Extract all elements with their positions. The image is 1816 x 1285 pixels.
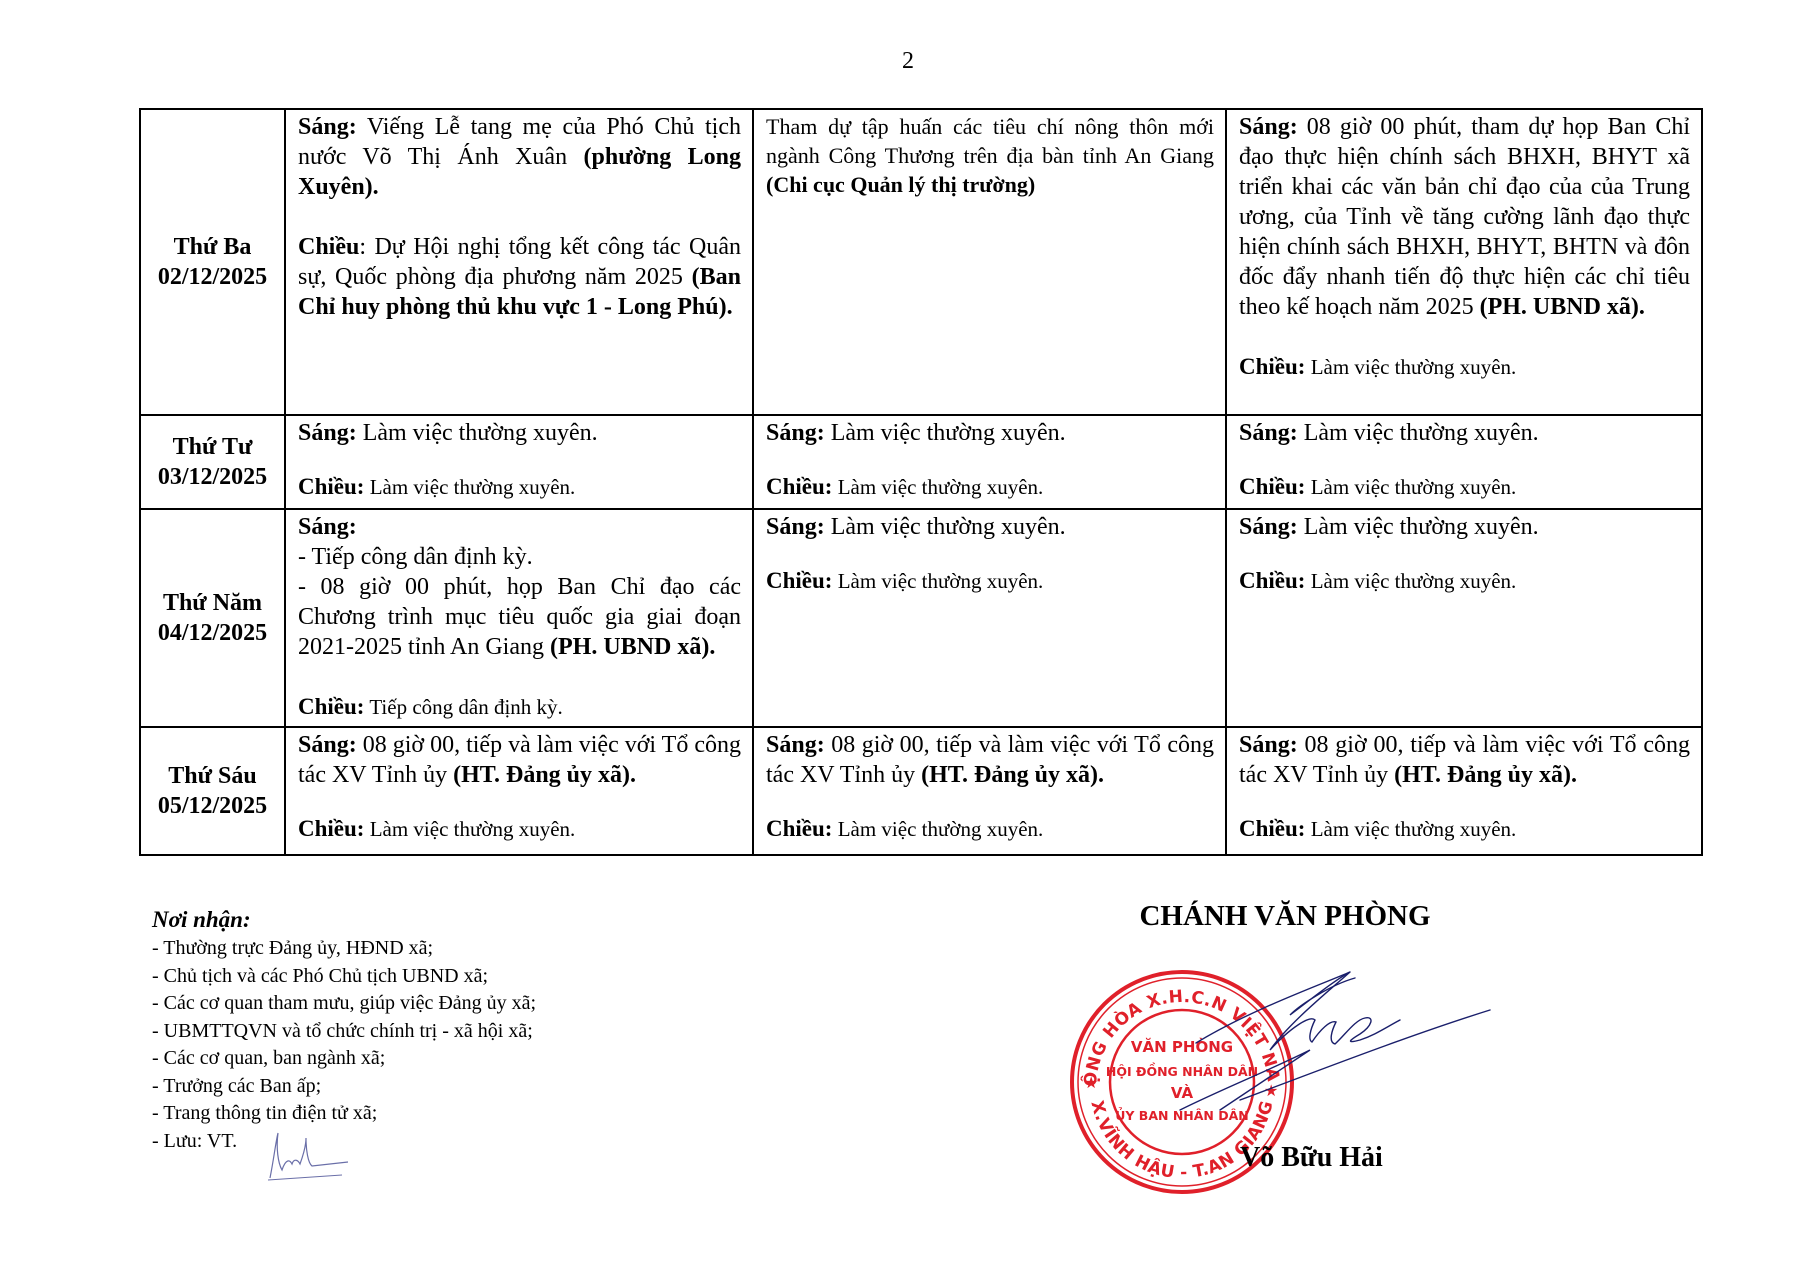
day-cell: Thứ Ba 02/12/2025 (140, 109, 285, 415)
recipients-title: Nơi nhận: (152, 905, 536, 935)
initials-signature-icon (262, 1128, 352, 1183)
recipients-block: Nơi nhận: - Thường trực Đảng ủy, HĐND xã… (152, 905, 536, 1155)
recipient-item: - Trang thông tin điện tử xã; (152, 1100, 536, 1128)
afternoon-label: Chiều: (1239, 816, 1305, 841)
morning-text: Làm việc thường xuyên. (1298, 420, 1539, 446)
signer-title: CHÁNH VĂN PHÒNG (1100, 900, 1470, 933)
morning-label: Sáng: (766, 514, 825, 540)
schedule-cell: Sáng: Làm việc thường xuyên. Chiều: Làm … (753, 415, 1226, 509)
table-row: Thứ Sáu 05/12/2025 Sáng: 08 giờ 00, tiếp… (140, 727, 1702, 855)
day-cell: Thứ Năm 04/12/2025 (140, 509, 285, 727)
recipient-item: - Chủ tịch và các Phó Chủ tịch UBND xã; (152, 963, 536, 991)
day-name: Thứ Ba (145, 232, 280, 262)
recipient-item: - Thường trực Đảng ủy, HĐND xã; (152, 935, 536, 963)
schedule-cell: Sáng: - Tiếp công dân định kỳ. - 08 giờ … (285, 509, 753, 727)
afternoon-text: Làm việc thường xuyên. (1305, 569, 1516, 593)
morning-item: - Tiếp công dân định kỳ. (298, 542, 741, 572)
schedule-cell: Sáng: Viếng Lễ tang mẹ của Phó Chủ tịch … (285, 109, 753, 415)
afternoon-text: Làm việc thường xuyên. (1305, 475, 1516, 499)
afternoon-label: Chiều: (1239, 474, 1305, 499)
schedule-cell: Sáng: Làm việc thường xuyên. Chiều: Làm … (1226, 415, 1702, 509)
schedule-cell: Tham dự tập huấn các tiêu chí nông thôn … (753, 109, 1226, 415)
day-name: Thứ Năm (145, 588, 280, 618)
day-cell: Thứ Tư 03/12/2025 (140, 415, 285, 509)
table-row: Thứ Năm 04/12/2025 Sáng: - Tiếp công dân… (140, 509, 1702, 727)
afternoon-label: Chiều: (1239, 354, 1305, 379)
morning-label: Sáng: (766, 732, 825, 758)
morning-text: Làm việc thường xuyên. (825, 514, 1066, 540)
morning-label: Sáng: (1239, 114, 1298, 140)
handwritten-signature-icon (1160, 960, 1500, 1130)
recipient-item: - Các cơ quan tham mưu, giúp việc Đảng ủ… (152, 990, 536, 1018)
afternoon-label: Chiều: (766, 474, 832, 499)
day-name: Thứ Sáu (145, 761, 280, 791)
afternoon-label: Chiều: (1239, 568, 1305, 593)
schedule-cell: Sáng: Làm việc thường xuyên. Chiều: Làm … (285, 415, 753, 509)
afternoon-text: Làm việc thường xuyên. (364, 475, 575, 499)
afternoon-text: Làm việc thường xuyên. (364, 817, 575, 841)
recipient-item: - UBMTTQVN và tổ chức chính trị - xã hội… (152, 1018, 536, 1046)
recipient-item: - Các cơ quan, ban ngành xã; (152, 1045, 536, 1073)
morning-location: (HT. Đảng ủy xã). (921, 762, 1104, 788)
morning-location: (HT. Đảng ủy xã). (453, 762, 636, 788)
schedule-cell: Sáng: 08 giờ 00, tiếp và làm việc với Tổ… (1226, 727, 1702, 855)
event-text: Tham dự tập huấn các tiêu chí nông thôn … (766, 114, 1214, 168)
afternoon-text: Làm việc thường xuyên. (832, 569, 1043, 593)
morning-text: Làm việc thường xuyên. (825, 420, 1066, 446)
schedule-cell: Sáng: Làm việc thường xuyên. Chiều: Làm … (753, 509, 1226, 727)
day-cell: Thứ Sáu 05/12/2025 (140, 727, 285, 855)
schedule-cell: Sáng: 08 giờ 00, tiếp và làm việc với Tổ… (285, 727, 753, 855)
schedule-cell: Sáng: Làm việc thường xuyên. Chiều: Làm … (1226, 509, 1702, 727)
table-row: Thứ Tư 03/12/2025 Sáng: Làm việc thường … (140, 415, 1702, 509)
svg-text:★: ★ (1084, 1073, 1098, 1092)
morning-location: (PH. UBND xã). (550, 634, 715, 660)
afternoon-text: Tiếp công dân định kỳ. (364, 695, 562, 719)
afternoon-label: Chiều: (298, 694, 364, 719)
recipient-item: - Trưởng các Ban ấp; (152, 1073, 536, 1101)
morning-label: Sáng: (298, 114, 357, 140)
morning-label: Sáng: (1239, 420, 1298, 446)
afternoon-label: Chiều: (298, 816, 364, 841)
page-number: 2 (0, 48, 1816, 75)
afternoon-text: Làm việc thường xuyên. (1305, 817, 1516, 841)
day-date: 02/12/2025 (145, 262, 280, 292)
afternoon-text: Làm việc thường xuyên. (832, 817, 1043, 841)
afternoon-label: Chiều: (298, 474, 364, 499)
morning-location: (HT. Đảng ủy xã). (1394, 762, 1577, 788)
weekly-schedule-table: Thứ Ba 02/12/2025 Sáng: Viếng Lễ tang mẹ… (139, 108, 1703, 856)
event-location: (Chi cục Quản lý thị trường) (766, 172, 1035, 197)
signer-name: Võ Bữu Hải (1240, 1142, 1383, 1174)
morning-text: 08 giờ 00 phút, tham dự họp Ban Chỉ đạo … (1239, 114, 1690, 320)
schedule-cell: Sáng: 08 giờ 00, tiếp và làm việc với Tổ… (753, 727, 1226, 855)
afternoon-text: Làm việc thường xuyên. (832, 475, 1043, 499)
morning-label: Sáng: (766, 420, 825, 446)
table-row: Thứ Ba 02/12/2025 Sáng: Viếng Lễ tang mẹ… (140, 109, 1702, 415)
afternoon-label: Chiều: (766, 568, 832, 593)
morning-label: Sáng: (298, 732, 357, 758)
afternoon-text: : Dự Hội nghị tổng kết công tác Quân sự,… (298, 234, 741, 290)
day-date: 04/12/2025 (145, 618, 280, 648)
morning-label: Sáng: (298, 514, 357, 540)
day-date: 03/12/2025 (145, 462, 280, 492)
morning-label: Sáng: (1239, 732, 1298, 758)
morning-text: Làm việc thường xuyên. (1298, 514, 1539, 540)
schedule-cell: Sáng: 08 giờ 00 phút, tham dự họp Ban Ch… (1226, 109, 1702, 415)
afternoon-label: Chiều (298, 234, 359, 260)
morning-location: (PH. UBND xã). (1480, 294, 1645, 320)
morning-text: Làm việc thường xuyên. (357, 420, 598, 446)
day-date: 05/12/2025 (145, 791, 280, 821)
afternoon-label: Chiều: (766, 816, 832, 841)
day-name: Thứ Tư (145, 432, 280, 462)
morning-label: Sáng: (1239, 514, 1298, 540)
afternoon-text: Làm việc thường xuyên. (1305, 355, 1516, 379)
morning-label: Sáng: (298, 420, 357, 446)
